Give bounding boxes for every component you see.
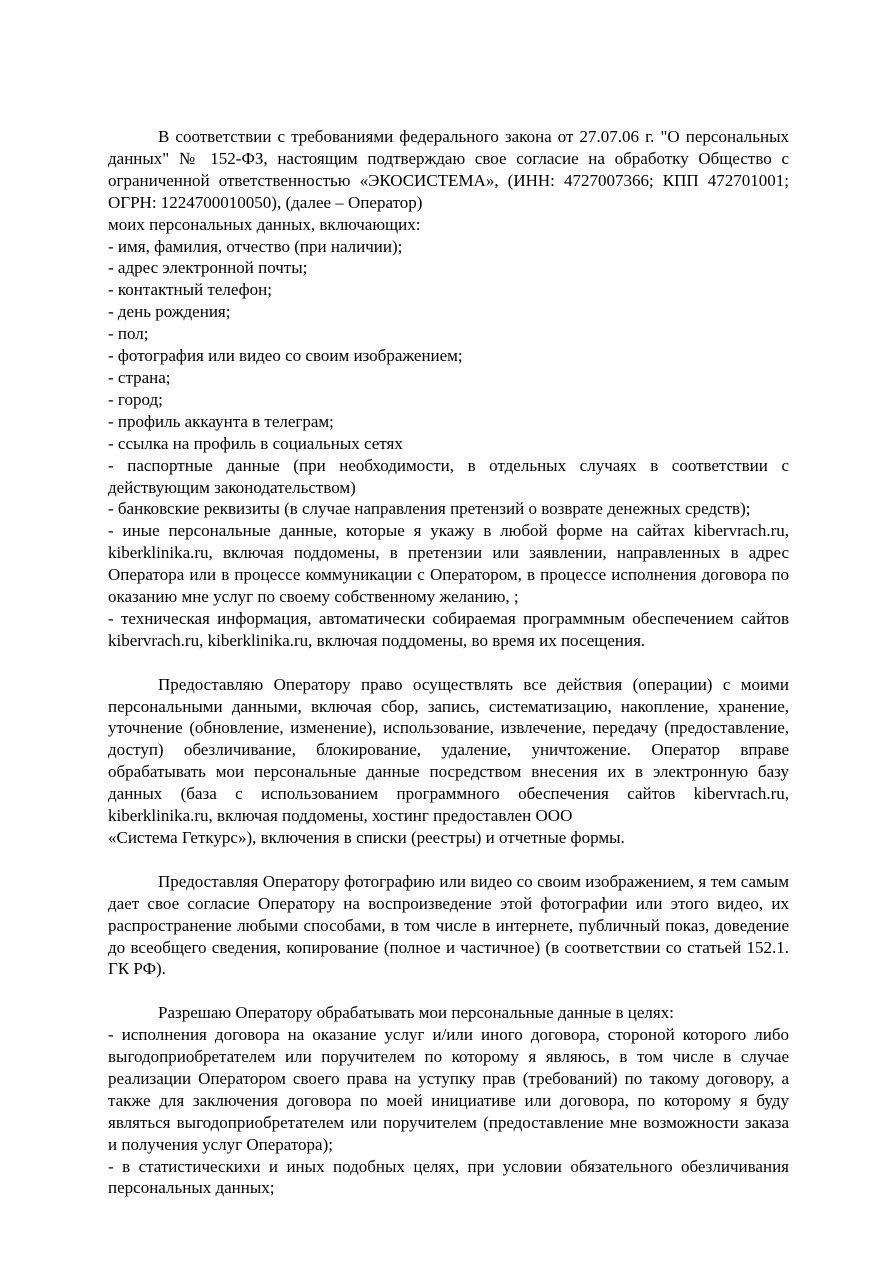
list-item: - исполнения договора на оказание услуг … — [108, 1024, 789, 1155]
list-item: - пол; — [108, 323, 789, 345]
document-page: В соответствии с требованиями федерально… — [0, 0, 895, 1264]
list-item: - профиль аккаунта в телеграм; — [108, 411, 789, 433]
paragraph: Предоставляя Оператору фотографию или ви… — [108, 871, 789, 981]
list-item: - день рождения; — [108, 301, 789, 323]
list-item: - ссылка на профиль в социальных сетях — [108, 433, 789, 455]
list-item: - страна; — [108, 367, 789, 389]
list-item: - адрес электронной почты; — [108, 257, 789, 279]
blank-line — [108, 849, 789, 871]
paragraph: Разрешаю Оператору обрабатывать мои перс… — [108, 1002, 789, 1024]
blank-line — [108, 652, 789, 674]
list-item: - город; — [108, 389, 789, 411]
list-item: - в статистическихи и иных подобных целя… — [108, 1156, 789, 1200]
list-item: - техническая информация, автоматически … — [108, 608, 789, 652]
list-item: - банковские реквизиты (в случае направл… — [108, 498, 789, 520]
paragraph: В соответствии с требованиями федерально… — [108, 126, 789, 214]
list-item: - имя, фамилия, отчество (при наличии); — [108, 236, 789, 258]
paragraph: Предоставляю Оператору право осуществлят… — [108, 674, 789, 849]
paragraph: моих персональных данных, включающих: — [108, 214, 789, 236]
document-content: В соответствии с требованиями федерально… — [108, 126, 789, 1199]
list-item: - иные персональные данные, которые я ук… — [108, 520, 789, 608]
list-item: - фотография или видео со своим изображе… — [108, 345, 789, 367]
blank-line — [108, 980, 789, 1002]
list-item: - контактный телефон; — [108, 279, 789, 301]
list-item: - паспортные данные (при необходимости, … — [108, 455, 789, 499]
